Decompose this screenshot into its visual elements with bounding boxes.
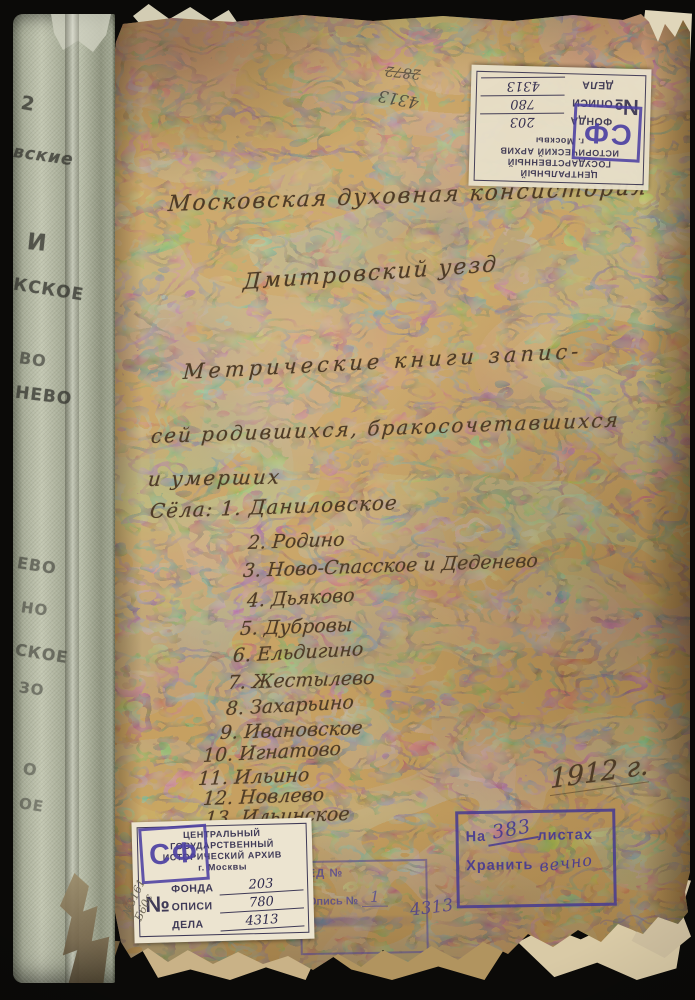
sf-stamp-bottom: СФ — [138, 824, 210, 885]
spine-headband — [51, 14, 111, 52]
opis-value: 780 — [481, 95, 565, 111]
ed-number-fragment: ЕД № — [307, 866, 419, 880]
book-front-cover: Московская духовная консистория Дмитровс… — [113, 12, 690, 985]
spine-text-fragment: 2 — [19, 92, 37, 116]
delo-label: ДЕЛА — [172, 918, 220, 931]
spine-text-fragment: ЕВО — [16, 553, 58, 578]
spine-text-fragment: ВО — [18, 348, 48, 371]
sf-stamp-top: СФ — [572, 103, 643, 162]
book-spine: 2 вские И КСКОЕ ВО НЕВО ЕВО НО СКОЕ ЗО О… — [13, 14, 115, 983]
opis-label: ОПИСИ — [172, 900, 220, 913]
village-entry: 2. Родино — [247, 529, 345, 554]
delo-value: 4313 — [220, 911, 305, 931]
spine-text-fragment: ОЕ — [18, 794, 46, 816]
fond-label: ФОНДА — [171, 882, 219, 895]
spine-text-fragment: ЗО — [18, 678, 46, 699]
subtitle-line: и умерших — [147, 465, 282, 491]
faded-stamp-smudge — [308, 916, 420, 927]
spine-text-fragment: НО — [20, 598, 50, 620]
delo-value: 4313 — [481, 77, 565, 93]
sheets-prefix: На — [465, 829, 486, 845]
delo-label: ДЕЛА — [565, 78, 613, 91]
opis-fragment-value: 1 — [362, 888, 388, 907]
village-entry: 5. Дубровы — [239, 614, 353, 640]
sheets-count-stamp: На 383 листах Хранить вечно — [455, 809, 617, 909]
book-cover-photo: 2 вские И КСКОЕ ВО НЕВО ЕВО НО СКОЕ ЗО О… — [0, 0, 695, 1000]
spine-text-fragment: О — [21, 759, 39, 780]
sheets-count-value: 383 — [484, 814, 539, 847]
keep-label: Хранить — [466, 857, 534, 874]
spine-text-fragment: И — [26, 229, 49, 257]
keep-value: вечно — [538, 850, 594, 875]
opis-fragment: Опись № — [308, 895, 358, 908]
sheets-suffix: листах — [537, 827, 593, 844]
fond-value: 203 — [480, 113, 564, 129]
spine-text-fragment: СКОЕ — [14, 640, 70, 667]
